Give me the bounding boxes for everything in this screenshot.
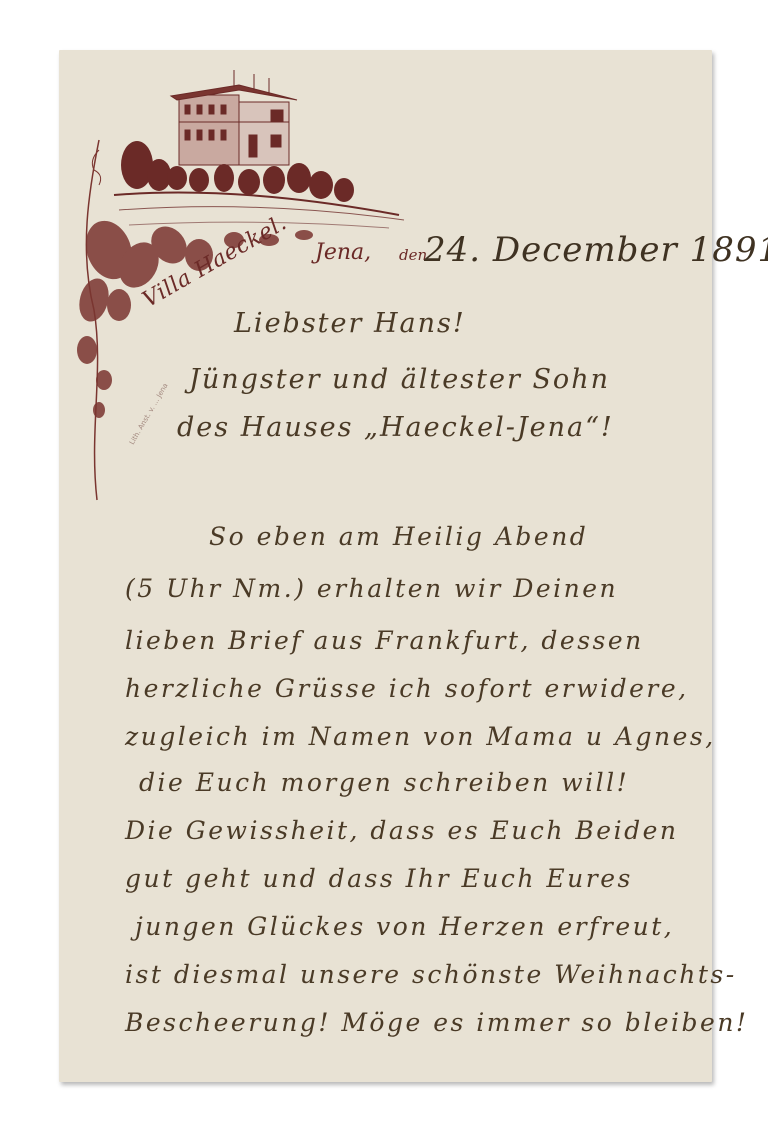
body-line: Die Gewissheit, dass es Euch Beiden	[125, 816, 678, 845]
body-line: gut geht und dass Ihr Euch Eures	[125, 864, 633, 893]
body-line: lieben Brief aus Frankfurt, dessen	[125, 626, 644, 655]
body-line: zugleich im Namen von Mama u Agnes,	[125, 722, 716, 751]
body-line: (5 Uhr Nm.) erhalten wir Deinen	[125, 574, 618, 603]
body-line: jungen Glückes von Herzen erfreut,	[135, 912, 674, 941]
body-line: herzliche Grüsse ich sofort erwidere,	[125, 674, 689, 703]
body-line: So eben am Heilig Abend	[209, 522, 588, 551]
salutation-line: Liebster Hans!	[234, 308, 466, 339]
salutation-line: des Hauses „Haeckel-Jena“!	[177, 412, 614, 443]
body-line: die Euch morgen schreiben will!	[139, 768, 629, 797]
body-line: ist diesmal unsere schönste Weihnachts-	[125, 960, 737, 989]
letterhead-place: Jena,	[315, 240, 371, 265]
salutation-line: Jüngster und ältester Sohn	[189, 364, 610, 395]
letter-sheet: Villa Haeckel. Jena, den Lith. Anst. v. …	[59, 50, 712, 1082]
body-line: Bescheerung! Möge es immer so bleiben!	[125, 1008, 748, 1037]
letterhead-den: den	[399, 246, 427, 264]
handwritten-date: 24. December 1891.	[424, 230, 768, 270]
